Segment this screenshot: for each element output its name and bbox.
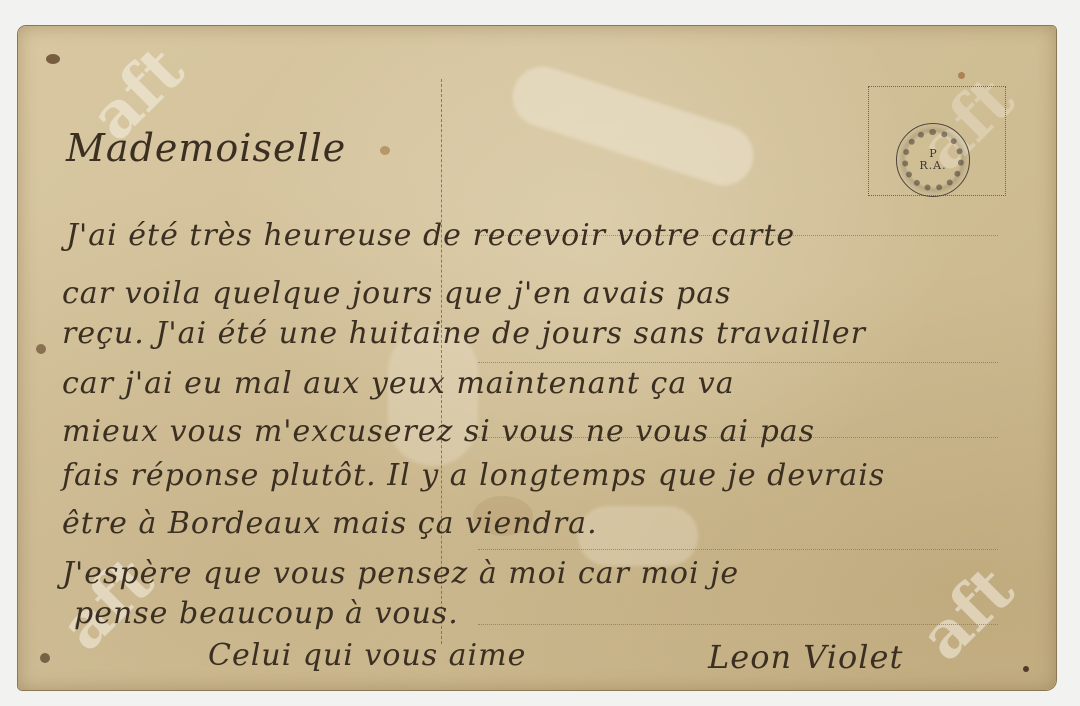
letter-line: être à Bordeaux mais ça viendra. — [62, 506, 598, 541]
address-line — [478, 362, 998, 363]
laurel-wreath-icon — [902, 129, 964, 191]
letter-line: J'ai été très heureuse de recevoir votre… — [66, 218, 795, 253]
letter-line: mieux vous m'excuserez si vous ne vous a… — [62, 414, 815, 449]
foxing-stain — [40, 653, 50, 663]
address-line — [478, 624, 998, 625]
letter-signature: Leon Violet — [708, 638, 903, 676]
letter-line: J'espère que vous pensez à moi car moi j… — [62, 556, 739, 591]
foxing-stain — [36, 344, 46, 354]
postcard-back: aft aft aft aft P R.A. Mademoiselle J'ai… — [18, 26, 1056, 690]
watermark: aft — [906, 552, 1029, 675]
stamp-seal: P R.A. — [896, 123, 970, 197]
letter-line: fais réponse plutôt. Il y a longtemps qu… — [62, 458, 885, 493]
letter-closing: Celui qui vous aime — [208, 638, 526, 673]
foxing-stain — [1023, 666, 1029, 672]
letter-line: reçu. J'ai été une huitaine de jours san… — [62, 316, 866, 351]
foxing-stain — [380, 146, 390, 155]
letter-salutation: Mademoiselle — [66, 126, 346, 170]
address-line — [478, 549, 998, 550]
peeled-paper-area — [505, 59, 761, 193]
letter-line: car voila quelque jours que j'en avais p… — [62, 276, 732, 311]
foxing-stain — [46, 54, 60, 64]
letter-line: car j'ai eu mal aux yeux maintenant ça v… — [62, 366, 735, 401]
letter-line: pense beaucoup à vous. — [74, 596, 459, 631]
